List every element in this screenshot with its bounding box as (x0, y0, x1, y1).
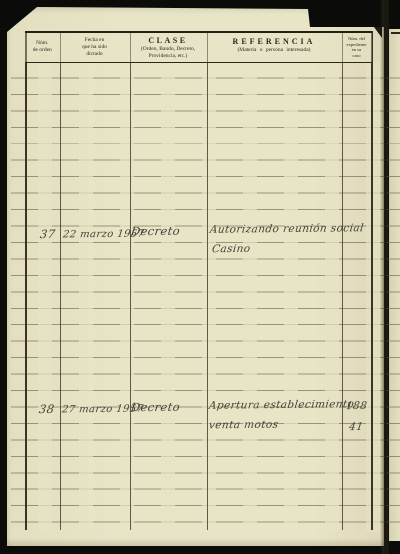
entry-37-number: 37 (39, 227, 56, 241)
header-referencia-title: REFERENCIA (207, 37, 342, 47)
header-clase-sub2: Providencia, etc.) (130, 53, 207, 60)
header-referencia-sub: (Materia o persona interesada) (207, 47, 342, 54)
entry-38-file-number-line2: 41 (348, 421, 364, 433)
header-clase-title: CLASE (130, 36, 207, 46)
header-expediente-line3: en su (352, 47, 362, 52)
entry-37-class: Decreto (130, 224, 181, 239)
entry-37-reference-line1: Autorizando reunión social (209, 222, 364, 236)
header-expediente-line2: expediente (347, 42, 367, 47)
table-border-left (25, 31, 27, 530)
book-gutter-shadow (380, 0, 390, 554)
header-expediente: Núm. del expediente en su caso (342, 33, 372, 62)
header-num-line1: Núm. (25, 40, 60, 47)
header-fecha-line3: dictado (60, 51, 130, 58)
header-fecha-line2: que ha sido (60, 44, 130, 51)
facing-page-rule-stub (391, 32, 400, 34)
column-divider-clase (207, 31, 209, 530)
table-border-right (371, 31, 373, 530)
column-divider-fecha (130, 31, 132, 530)
header-expediente-line1: Núm. del (348, 36, 365, 41)
header-referencia: REFERENCIA (Materia o persona interesada… (207, 33, 342, 62)
entry-38-file-number-line1: 188 (345, 400, 368, 412)
header-num-orden: Núm. de orden (25, 33, 60, 62)
header-expediente-line4: caso (352, 53, 360, 58)
header-fecha-line1: Fecha en (60, 37, 130, 44)
header-clase: CLASE (Orden, Bando, Decreto, Providenci… (130, 33, 207, 62)
scanned-document-screen: Núm. de orden Fecha en que ha sido dicta… (0, 0, 400, 554)
table-header-row: Núm. de orden Fecha en que ha sido dicta… (25, 31, 372, 63)
header-fecha: Fecha en que ha sido dictado (60, 33, 130, 62)
header-num-line2: de orden (25, 47, 60, 54)
entry-38-class: Decreto (130, 400, 181, 415)
entry-37-reference-line2: Casino (211, 243, 251, 255)
entry-38-reference-line2: venta motos (208, 419, 279, 432)
entry-38-number: 38 (38, 402, 55, 416)
column-divider-referencia (342, 31, 344, 530)
entry-38-reference-line1: Apertura establecimiento (208, 398, 355, 412)
column-divider-num (60, 31, 62, 530)
next-page-corner-mark (374, 27, 382, 38)
